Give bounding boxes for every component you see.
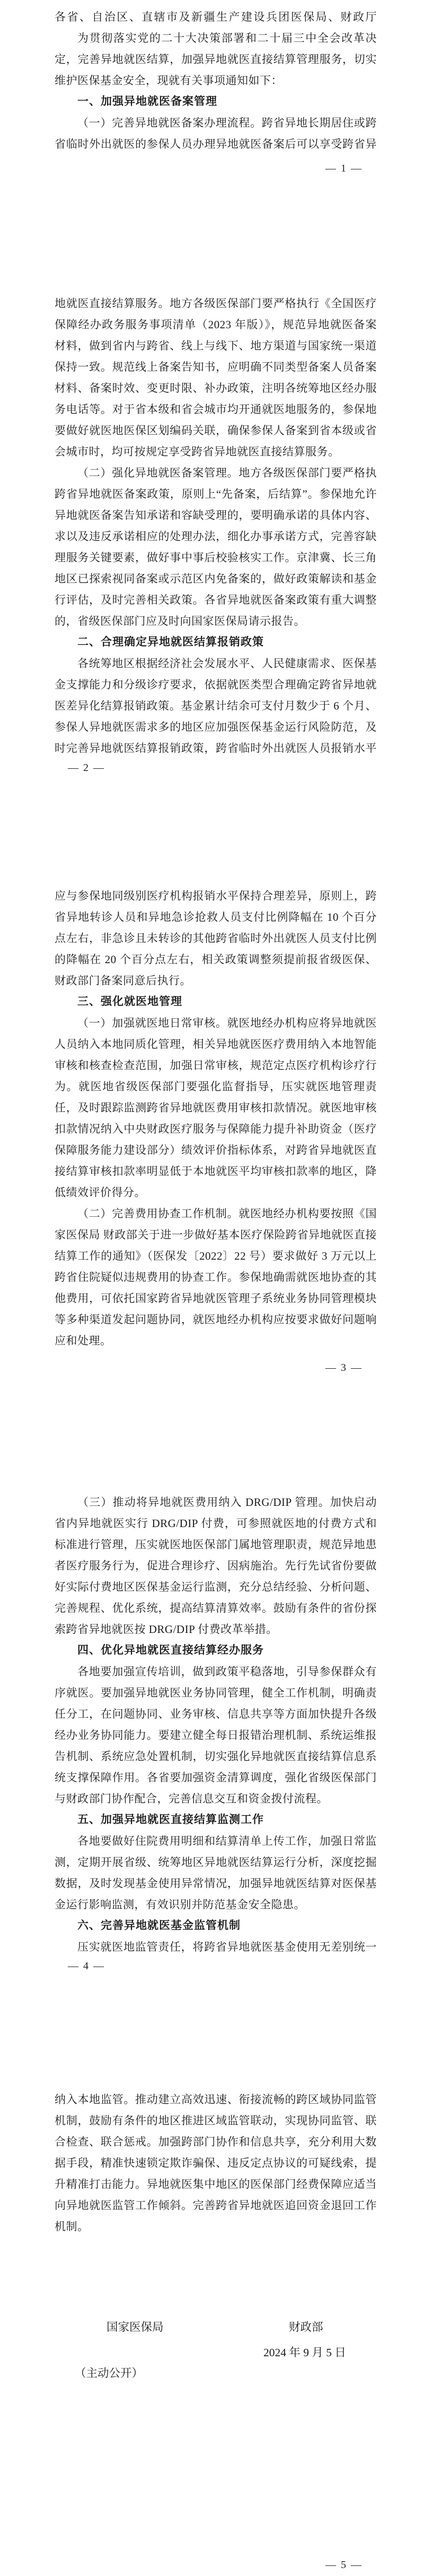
page-5-body: 纳入本地监管。推动建立高效迅速、衔接流畅的跨区域协同监管机制，鼓励有条件的地区推…: [55, 2089, 377, 2237]
body-text-line: 异地就医备案告知承诺和容缺受理的，要明确承诺的具体内容、要: [55, 505, 377, 526]
body-text-line: 金支撑能力和分级诊疗要求，依据就医类型合理确定跨省异地就: [55, 674, 377, 695]
page-number-2: — 2 —: [68, 757, 105, 778]
section-heading: 六、完善异地就医基金监管机制: [55, 1915, 377, 1936]
section-heading: 三、强化就医地管理: [55, 991, 377, 1012]
body-text-line: 求以及违反承诺相应的处理办法，细化办事承诺方式，完善容缺受: [55, 526, 377, 547]
body-text-line: 的降幅在 20 个百分点左右，相关政策调整须提前报省级医保、: [55, 949, 377, 970]
body-text-line: 为贯彻落实党的二十大决策部署和二十届三中全会改革决: [55, 28, 377, 49]
page-2-body: 地就医直接结算服务。地方各级医保部门要严格执行《全国医疗保障经办政务服务事项清单…: [55, 293, 377, 759]
body-text-line: 为。就医地省级医保部门要强化监督指导，压实就医地管理责: [55, 1076, 377, 1097]
body-text-line: 各地要做好住院费用明细和结算清单上传工作，加强日常监: [55, 1830, 377, 1852]
page-number-3: — 3 —: [325, 1357, 363, 1378]
disclosure-note: （主动公开）: [75, 2363, 143, 2384]
body-text-line: 测，定期开展省级、统筹地区异地就医结算运行分析，深度挖掘: [55, 1852, 377, 1873]
body-text-line: 保障经办政务服务事项清单（2023 年版）》，规范异地就医备案: [55, 314, 377, 335]
body-text-line: 要做好就医地医保区划编码关联，确保参保人备案到省本级或省: [55, 420, 377, 441]
body-text-line: 任，及时跟踪监测跨省异地就医费用审核扣款情况。就医地审核: [55, 1097, 377, 1118]
body-text-line: 者医疗服务行为，促进合理诊疗、因病施治。先行先试省份要做: [55, 1555, 377, 1576]
body-text-line: 应和处理。: [55, 1330, 377, 1351]
body-text-line: 升精准打击能力。异地就医集中地区的医保部门经费保障应适当: [55, 2174, 377, 2195]
body-text-line: 机制，鼓励有条件的地区推进区域监管联动，实现协同监管、联: [55, 2110, 377, 2131]
section-heading: 四、优化异地就医直接结算经办服务: [55, 1640, 377, 1661]
page-1-body: 各省、自治区、直辖市及新疆生产建设兵团医保局、财政厅（局）：为贯彻落实党的二十大…: [55, 6, 377, 155]
body-text-line: 好实际付费地区医保基金运行监测，充分总结经验、分析问题、: [55, 1576, 377, 1597]
body-text-line: 省内异地就医实行 DRG/DIP 付费，可参照就医地的付费方式和: [55, 1513, 377, 1534]
body-text-line: 点左右，非急诊且未转诊的其他跨省临时外出就医人员支付比例: [55, 928, 377, 949]
body-text-line: （二）强化异地就医备案管理。地方各级医保部门要严格执行: [55, 462, 377, 483]
body-text-line: 序就医。要加强异地就医业务协同管理，健全工作机制，明确责: [55, 1682, 377, 1703]
body-text-line: 低绩效评价得分。: [55, 1182, 377, 1203]
body-text-line: 家医保局 财政部关于进一步做好基本医疗保险跨省异地就医直接: [55, 1224, 377, 1245]
issue-date: 2024 年 9 月 5 日: [263, 2342, 346, 2363]
page-3-body: 应与参保地同级别医疗机构报销水平保持合理差异，原则上，跨省异地转诊人员和异地急诊…: [55, 885, 377, 1351]
body-text-line: 跨省异地就医备案政策，原则上“先备案，后结算”。参保地允许: [55, 483, 377, 505]
body-text-line: 数据，及时发现基金使用异常情况，加强异地就医结算对医保基: [55, 1873, 377, 1894]
body-text-line: （一）加强就医地日常审核。就医地经办机构应将异地就医: [55, 1012, 377, 1034]
body-text-line: 地区已探索视同备案或示范区内免备案的，做好政策解读和基金运: [55, 568, 377, 589]
body-text-line: 标准进行管理，压实就医地医保部门属地管理职责，规范异地患: [55, 1534, 377, 1555]
section-heading: 一、加强异地就医备案管理: [55, 91, 377, 112]
body-text-line: 会城市时，均可按规定享受跨省异地就医直接结算服务。: [55, 441, 377, 462]
body-text-line: 据手段，精准快速锁定欺诈骗保、违反定点协议的可疑线索，提: [55, 2152, 377, 2174]
page-number-4: — 4 —: [68, 1955, 105, 1977]
body-text-line: 省异地转诊人员和异地急诊抢救人员支付比例降幅在 10 个百分: [55, 906, 377, 928]
body-text-line: 接结算审核扣款率明显低于本地就医平均审核扣款率的地区，降: [55, 1161, 377, 1182]
body-text-line: 的，省级医保部门应及时向国家医保局请示报告。: [55, 611, 377, 632]
body-text-line: （二）完善费用协查工作机制。就医地经办机构要按照《国: [55, 1203, 377, 1224]
body-text-line: 向异地就医监管工作倾斜。完善跨省异地就医追回资金退回工作: [55, 2195, 377, 2216]
body-text-line: 经办业务协同能力。要建立健全每日报错治理机制、系统运维报: [55, 1725, 377, 1746]
body-text-line: 保障服务能力建设部分）绩效评价指标体系，对跨省异地就医直: [55, 1139, 377, 1161]
page-4-body: （三）推动将异地就医费用纳入 DRG/DIP 管理。加快启动省内异地就医实行 D…: [55, 1492, 377, 1958]
body-text-line: （三）推动将异地就医费用纳入 DRG/DIP 管理。加快启动: [55, 1492, 377, 1513]
body-text-line: 跨省住院疑似违规费用的协查工作。参保地确需就医地协查的其: [55, 1267, 377, 1288]
body-text-line: 统支撑保障作用。各省要加强资金清算调度，强化省级医保部门: [55, 1767, 377, 1788]
body-text-line: 定，完善异地就医结算，加强异地就医直接结算管理服务，切实: [55, 49, 377, 70]
body-text-line: 保持一致。规范线上备案告知书，应明确不同类型备案人员备案: [55, 356, 377, 378]
body-text-line: 与财政部门协作配合，完善信息交互和资金拨付流程。: [55, 1788, 377, 1809]
body-text-line: 参保人异地就医需求多的地区应加强医保基金运行风险防范，及: [55, 716, 377, 738]
body-text-line: 各统筹地区根据经济社会发展水平、人民健康需求、医保基: [55, 653, 377, 674]
page-number-1: — 1 —: [325, 158, 363, 179]
body-text-line: 索跨省异地就医按 DRG/DIP 付费改革举措。: [55, 1619, 377, 1640]
body-text-line: 应与参保地同级别医疗机构报销水平保持合理差异，原则上，跨: [55, 885, 377, 906]
body-text-line: 扣款情况纳入中央财政医疗服务与保障能力提升补助资金（医疗: [55, 1118, 377, 1139]
body-text-line: 完善规程、优化系统，提高结算清算效率。鼓励有条件的省份探: [55, 1597, 377, 1619]
body-text-line: 等多种渠道发起问题协同，就医地经办机构应按要求做好问题响: [55, 1309, 377, 1330]
body-text-line: 财政部门备案同意后执行。: [55, 970, 377, 991]
issuing-agency-mof: 财政部: [289, 2317, 323, 2338]
body-text-line: 各省、自治区、直辖市及新疆生产建设兵团医保局、财政厅（局）：: [55, 6, 377, 28]
document-scroll: 各省、自治区、直辖市及新疆生产建设兵团医保局、财政厅（局）：为贯彻落实党的二十大…: [0, 0, 424, 2576]
section-heading: 五、加强异地就医直接结算监测工作: [55, 1809, 377, 1830]
body-text-line: 任分工，在问题协同、业务审核、信息共享等方面加快提升各级: [55, 1703, 377, 1725]
body-text-line: 人员纳入本地同质化管理，相关异地就医医疗费用纳入本地智能: [55, 1034, 377, 1055]
body-text-line: 地就医直接结算服务。地方各级医保部门要严格执行《全国医疗: [55, 293, 377, 314]
body-text-line: 告机制、系统应急处置机制，切实强化异地就医直接结算信息系: [55, 1746, 377, 1767]
body-text-line: 时完善异地就医结算报销政策，跨省临时外出就医人员报销水平: [55, 738, 377, 759]
body-text-line: 审核和核查检查范围，加强日常审核，规范定点医疗机构诊疗行: [55, 1055, 377, 1076]
body-text-line: 医差异化结算报销政策。基金累计结余可支付月数少于 6 个月、: [55, 695, 377, 716]
body-text-line: 材料，做到省内与跨省、线上与线下、地方渠道与国家统一渠道: [55, 335, 377, 356]
body-text-line: 他费用，可依托国家跨省异地就医管理子系统业务协同管理模块: [55, 1288, 377, 1309]
body-text-line: 务电话等。对于省本级和省会城市均开通就医地服务的，参保地: [55, 399, 377, 420]
body-text-line: （一）完善异地就医备案办理流程。跨省异地长期居住或跨: [55, 112, 377, 133]
body-text-line: 纳入本地监管。推动建立高效迅速、衔接流畅的跨区域协同监管: [55, 2089, 377, 2110]
body-text-line: 合检查、联合惩戒。加强跨部门协作和信息共享，充分利用大数: [55, 2131, 377, 2152]
body-text-line: 行评估，及时完善相关政策。各省异地就医备案政策有重大调整: [55, 589, 377, 611]
section-heading: 二、合理确定异地就医结算报销政策: [55, 632, 377, 653]
issuing-agency-nhsa: 国家医保局: [107, 2317, 164, 2338]
body-text-line: 压实就医地监管责任，将跨省异地就医基金使用无差别统一: [55, 1936, 377, 1958]
body-text-line: 结算工作的通知》（医保发〔2022〕22 号）要求做好 3 万元以上: [55, 1245, 377, 1267]
body-text-line: 理服务关键要素，做好事中事后校验核实工作。京津冀、长三角等: [55, 547, 377, 568]
page-number-5: — 5 —: [325, 2554, 363, 2575]
body-text-line: 省临时外出就医的参保人员办理异地就医备案后可以享受跨省异: [55, 133, 377, 155]
body-text-line: 维护医保基金安全，现就有关事项通知如下：: [55, 70, 377, 91]
body-text-line: 材料、备案时效、变更时限、补办政策，注明各统筹地区经办服: [55, 378, 377, 399]
body-text-line: 各地要加强宣传培训，做到政策平稳落地，引导参保群众有: [55, 1661, 377, 1682]
body-text-line: 金运行影响监测，有效识别并防范基金安全隐患。: [55, 1894, 377, 1915]
body-text-line: 机制。: [55, 2216, 377, 2237]
